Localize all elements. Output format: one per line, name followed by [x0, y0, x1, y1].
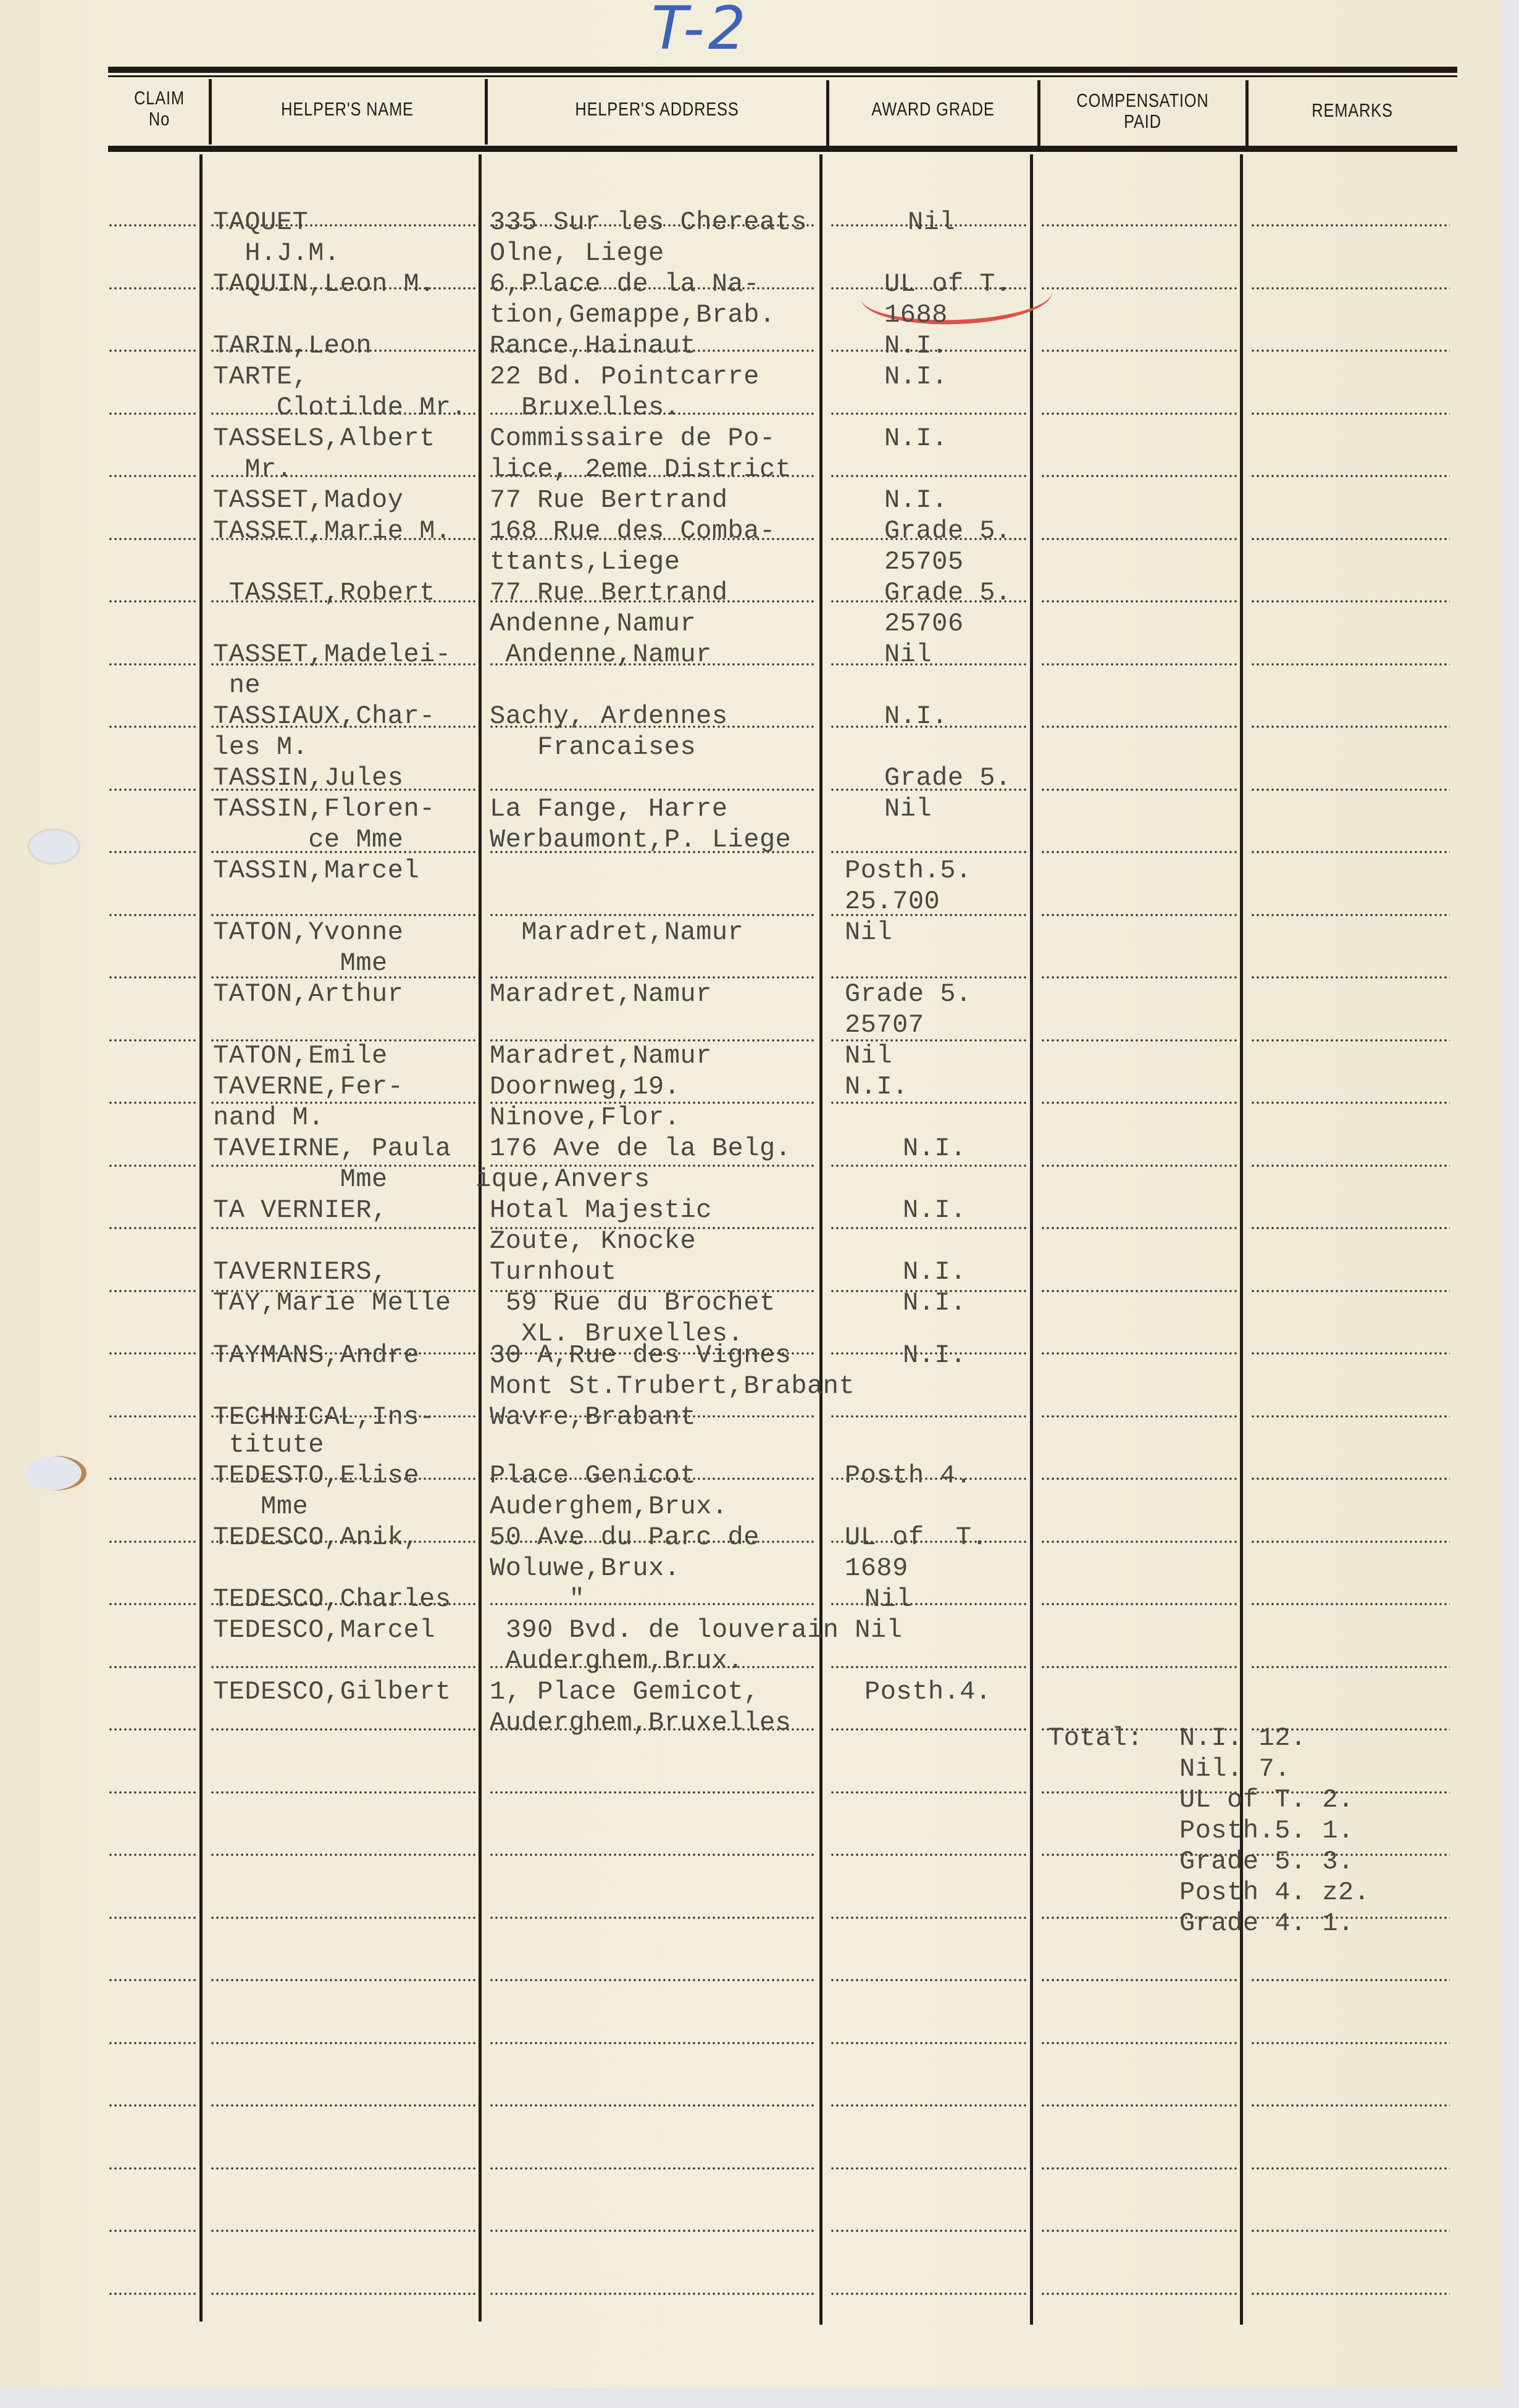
helper-name-text: TATON,Emile [213, 1040, 388, 1071]
helper-name-text: Mme [213, 1491, 308, 1522]
award-grade-text: Grade 5. [884, 516, 1011, 546]
helper-address-text: Place Genicot [490, 1460, 696, 1491]
totals-item-count: 2. [1322, 1785, 1354, 1815]
dotted-line [1250, 1102, 1450, 1104]
dotted-line [108, 1728, 196, 1731]
totals-item-label: Nil. [1179, 1754, 1259, 1784]
totals-item-count: 12. [1259, 1723, 1307, 1753]
dotted-line [108, 412, 196, 415]
column-divider-award-compensation [1030, 154, 1033, 2325]
dotted-line [210, 1728, 475, 1731]
dotted-line [108, 2167, 196, 2170]
dotted-line [108, 1102, 196, 1104]
header-divider [826, 80, 829, 146]
dotted-line [1250, 1415, 1450, 1418]
dotted-line [830, 1854, 1027, 1856]
dotted-line [830, 2104, 1027, 2107]
dotted-line [108, 2104, 196, 2107]
dotted-line [1250, 1290, 1450, 1292]
dotted-line [489, 1791, 816, 1794]
dotted-line [1250, 663, 1450, 666]
dotted-line [1040, 851, 1237, 853]
dotted-line [1040, 538, 1237, 540]
totals-item: N.I. 12. [1179, 1723, 1307, 1754]
column-divider-claim-name [199, 154, 203, 2322]
dotted-line [108, 851, 196, 853]
dotted-line [108, 1227, 196, 1229]
totals-item-count: 1. [1322, 1816, 1354, 1846]
dotted-line [1040, 1603, 1237, 1605]
column-header-remarks: REMARKS [1266, 100, 1439, 121]
award-grade-text: Nil [884, 793, 932, 824]
dotted-line [108, 475, 196, 477]
dotted-line [1040, 1352, 1237, 1355]
dotted-line [108, 1979, 196, 1981]
dotted-line [1040, 725, 1237, 728]
header-top-thick-rule [108, 67, 1457, 73]
helper-address-text: Ninove,Flor. [490, 1102, 680, 1133]
dotted-line [1250, 1541, 1450, 1543]
dotted-line [1040, 349, 1237, 352]
dotted-line [1250, 851, 1450, 853]
dotted-line [1040, 600, 1237, 603]
helper-name-text: Mme [213, 1164, 388, 1195]
dotted-line [1250, 1603, 1450, 1605]
column-header-compensation-paid: COMPENSATION PAID [1058, 90, 1227, 132]
column-divider-compensation-remarks [1240, 154, 1243, 2325]
helper-address-text: 335 Sur les Chereats [490, 207, 807, 238]
helper-name-text: TA VERNIER, [213, 1195, 388, 1226]
helper-address-text: Mont St.Trubert,Brabant [490, 1371, 855, 1402]
dotted-line [108, 349, 196, 352]
helper-name-text: ne [213, 670, 261, 701]
dotted-line [1040, 2293, 1237, 2295]
dotted-line [830, 2042, 1027, 2044]
page-label-handwritten: T-2 [651, 0, 750, 63]
helper-address-text: lice, 2eme District [490, 454, 791, 485]
award-grade-text: N.I. [845, 1071, 908, 1102]
dotted-line [830, 1917, 1027, 1919]
helper-name-text: TEDESCO,Gilbert [213, 1676, 451, 1707]
totals-item-label: N.I. [1179, 1723, 1259, 1753]
document-page: T-2 CLAIM No HELPER'S NAME HELPER'S ADDR… [0, 0, 1500, 2388]
totals-item: UL of T. 2. [1179, 1784, 1354, 1815]
dotted-line [108, 788, 196, 791]
totals-item: Nil. 7. [1179, 1754, 1291, 1784]
totals-item-count: 1. [1322, 1908, 1354, 1938]
dotted-line [1040, 412, 1237, 415]
dotted-line [1250, 788, 1450, 791]
helper-name-text: Mme [213, 948, 388, 979]
award-grade-text: Nil [884, 639, 932, 670]
dotted-line [210, 2042, 475, 2044]
totals-item: Grade 4. 1. [1179, 1908, 1354, 1939]
helper-name-text: Clotilde Mr. [213, 392, 467, 423]
dotted-line [108, 2293, 196, 2295]
dotted-line [1040, 663, 1237, 666]
award-grade-text: Posth 4. [845, 1460, 972, 1491]
dotted-line [108, 2042, 196, 2044]
dotted-line [1040, 1415, 1237, 1418]
dotted-line [1040, 2104, 1237, 2107]
dotted-line [1040, 287, 1237, 290]
dotted-line [210, 2293, 475, 2295]
dotted-line [108, 976, 196, 979]
totals-item: Grade 5. 3. [1179, 1846, 1354, 1877]
award-grade-text: 25707 [845, 1010, 924, 1040]
dotted-line [489, 2167, 816, 2170]
award-grade-text: N.I. [884, 330, 948, 361]
dotted-line [1040, 1478, 1237, 1480]
dotted-line [1040, 2230, 1237, 2232]
dotted-line [1250, 412, 1450, 415]
dotted-line [1250, 1164, 1450, 1167]
helper-address-text: Maradret,Namur [490, 1040, 712, 1071]
dotted-line [1250, 914, 1450, 916]
dotted-line [108, 1352, 196, 1355]
dotted-line [830, 2230, 1027, 2232]
award-grade-text: 25706 [884, 608, 964, 639]
column-divider-name-address [479, 154, 482, 2322]
dotted-line [1040, 914, 1237, 916]
helper-address-text: Werbaumont,P. Liege [490, 824, 791, 855]
helper-name-text: TEDESCO,Charles [213, 1584, 451, 1615]
totals-item-label: UL of T. [1179, 1785, 1322, 1815]
helper-address-text: 168 Rue des Comba- [490, 516, 776, 546]
dotted-line [1250, 600, 1450, 603]
dotted-line [210, 2230, 475, 2232]
dotted-line [1250, 1979, 1450, 1981]
helper-name-text: TARTE, [213, 361, 308, 392]
helper-address-text: 176 Ave de la Belg. [490, 1133, 791, 1164]
award-grade-text: Grade 5. [884, 763, 1011, 793]
helper-name-text: TATON,Arthur [213, 979, 403, 1010]
award-grade-text: Posth.5. [845, 855, 972, 886]
dotted-line [210, 2104, 475, 2107]
dotted-line [108, 1164, 196, 1167]
dotted-line [1250, 2293, 1450, 2295]
header-divider [485, 79, 488, 144]
helper-address-text: Woluwe,Brux. [490, 1553, 680, 1584]
helper-address-text: Auderghem,Brux. [490, 1491, 728, 1522]
helper-address-text: 77 Rue Bertrand [490, 485, 728, 516]
totals-item-label: Grade 5. [1179, 1847, 1322, 1876]
award-grade-text: Nil [845, 1040, 892, 1071]
dotted-line [830, 2167, 1027, 2170]
helper-address-text: 22 Bd. Pointcarre [490, 361, 759, 392]
award-grade-text: N.I. [884, 361, 948, 392]
dotted-line [830, 1227, 1027, 1229]
award-grade-text: N.I. [884, 485, 948, 516]
dotted-line [108, 1290, 196, 1292]
helper-name-text: TARIN,Leon [213, 330, 372, 361]
dotted-line [108, 1917, 196, 1919]
dotted-line [1040, 1290, 1237, 1292]
helper-address-text: ttants,Liege [490, 546, 680, 577]
helper-address-text: Zoute, Knocke [490, 1226, 696, 1256]
dotted-line [830, 1415, 1027, 1418]
dotted-line [1250, 287, 1450, 290]
header-divider [1245, 80, 1249, 146]
award-grade-text: Grade 5. [884, 577, 1011, 608]
helper-name-text: TASSELS,Albert [213, 423, 435, 454]
helper-address-text: Sachy, Ardennes [490, 701, 728, 732]
dotted-line [1040, 224, 1237, 227]
dotted-line [830, 1666, 1027, 1668]
helper-name-text: TAQUIN,Leon M. [213, 269, 435, 299]
dotted-line [1250, 725, 1450, 728]
totals-item: Posth.5. 1. [1179, 1815, 1354, 1846]
helper-name-text: TAQUET [213, 207, 308, 238]
helper-name-text: TASSET,Madelei- [213, 639, 451, 670]
helper-name-text: TASSIAUX,Char- [213, 701, 435, 732]
dotted-line [108, 1039, 196, 1042]
dotted-line [489, 2230, 816, 2232]
column-header-claim-no: CLAIM No [119, 88, 199, 130]
dotted-line [108, 1666, 196, 1668]
dotted-line [210, 1666, 475, 1668]
dotted-line [1250, 2167, 1450, 2170]
dotted-line [1250, 475, 1450, 477]
helper-name-text: TASSET,Robert [213, 577, 435, 608]
dotted-line [830, 1728, 1027, 1731]
dotted-line [210, 914, 475, 916]
helper-name-text: Mr. [213, 454, 293, 485]
totals-item-label: Posth.5. [1179, 1816, 1322, 1846]
award-grade-text: N.I. [884, 701, 948, 732]
helper-name-text: TAVERNIERS, [213, 1256, 388, 1287]
dotted-line [1040, 1039, 1237, 1042]
dotted-line [108, 1478, 196, 1480]
dotted-line [489, 1979, 816, 1981]
dotted-line [108, 1603, 196, 1605]
award-grade-text: Posth.4. [864, 1676, 992, 1707]
helper-address-text: 6,Place de la Na- [490, 269, 759, 299]
totals-item-count: z2. [1322, 1878, 1370, 1907]
helper-address-text: Andenne,Namur [490, 608, 696, 639]
helper-address-text: Commissaire de Po- [490, 423, 776, 454]
totals-item: Posth 4. z2. [1179, 1877, 1370, 1908]
dotted-line [1040, 1541, 1237, 1543]
dotted-line [108, 287, 196, 290]
award-grade-text: N.I. [903, 1256, 966, 1287]
dotted-line [210, 1917, 475, 1919]
helper-address-text: 1, Place Gemicot, [490, 1676, 759, 1707]
helper-name-text: titute [213, 1429, 324, 1460]
award-grade-text: 25705 [884, 546, 964, 577]
dotted-line [830, 1791, 1027, 1794]
helper-address-text: Auderghem,Brux. [490, 1645, 743, 1676]
award-grade-text: UL of T. [884, 269, 1011, 299]
helper-name-text: TASSIN,Floren- [213, 793, 435, 824]
helper-name-text: TEDESCO,Anik, [213, 1522, 419, 1553]
dotted-line [108, 1541, 196, 1543]
dotted-line [830, 412, 1027, 415]
column-header-helper-address: HELPER'S ADDRESS [518, 99, 795, 120]
helper-address-text: 390 Bvd. de louverain Nil [490, 1615, 902, 1645]
dotted-line [1250, 2042, 1450, 2044]
dotted-line [1040, 2167, 1237, 2170]
helper-name-text: TEDESTO,Elise [213, 1460, 419, 1491]
helper-name-text: TASSET,Marie M. [213, 516, 451, 546]
helper-name-text: nand M. [213, 1102, 324, 1133]
dotted-line [1040, 1979, 1237, 1981]
header-divider [1037, 80, 1040, 146]
helper-address-text: Andenne,Namur [490, 639, 712, 670]
helper-address-text: 50 Ave du Parc de [490, 1522, 759, 1553]
dotted-line [108, 1415, 196, 1418]
totals-item-label: Posth 4. [1179, 1878, 1322, 1907]
dotted-line [1040, 2042, 1237, 2044]
dotted-line [489, 788, 816, 791]
column-header-award-grade: AWARD GRADE [847, 99, 1018, 120]
award-grade-text: Nil [864, 1584, 912, 1615]
dotted-line [830, 2293, 1027, 2295]
helper-name-text: TAY,Marie Melle [213, 1287, 451, 1318]
award-grade-text: N.I. [903, 1287, 966, 1318]
dotted-line [1250, 538, 1450, 540]
award-grade-text: Nil [908, 207, 955, 238]
dotted-line [830, 475, 1027, 477]
award-grade-text: 1688 [884, 299, 948, 330]
dotted-line [830, 1979, 1027, 1981]
helper-address-text: 59 Rue du Brochet [490, 1287, 776, 1318]
helper-name-text: TAYMANS,Andre [213, 1340, 419, 1371]
dotted-line [830, 1164, 1027, 1167]
dotted-line [210, 2167, 475, 2170]
helper-address-text: Bruxelles. [490, 392, 680, 423]
dotted-line [1250, 1352, 1450, 1355]
dotted-line [489, 2104, 816, 2107]
dotted-line [108, 2230, 196, 2232]
dotted-line [489, 2042, 816, 2044]
dotted-line [1040, 1666, 1237, 1668]
dotted-line [108, 1791, 196, 1794]
header-top-thin-rule [108, 75, 1457, 77]
award-grade-text: UL of T. [845, 1522, 987, 1553]
dotted-line [1250, 224, 1450, 227]
helper-address-text: Hotal Majestic [490, 1195, 712, 1226]
helper-name-text: TATON,Yvonne [213, 917, 403, 948]
totals-label: Total: [1048, 1723, 1143, 1754]
helper-address-text: Maradret,Namur [490, 979, 712, 1010]
column-header-helper-name: HELPER'S NAME [235, 99, 460, 120]
dotted-line [1040, 475, 1237, 477]
helper-address-text: ique,Anvers [475, 1164, 650, 1195]
helper-name-text: TASSIN,Marcel [213, 855, 419, 886]
dotted-line [210, 1979, 475, 1981]
dotted-line [1040, 788, 1237, 791]
helper-name-text: TASSET,Madoy [213, 485, 403, 516]
dotted-line [489, 1917, 816, 1919]
punch-hole-bottom [25, 1456, 86, 1490]
dotted-line [1250, 349, 1450, 352]
helper-name-text: ce Mme [213, 824, 403, 855]
award-grade-text: N.I. [903, 1340, 966, 1371]
dotted-line [1040, 1164, 1237, 1167]
award-grade-text: 1689 [845, 1553, 908, 1584]
dotted-line [210, 1854, 475, 1856]
dotted-line [830, 851, 1027, 853]
dotted-line [108, 914, 196, 916]
helper-name-text: TECHNICAL,Ins- [213, 1402, 435, 1432]
dotted-line [1250, 1666, 1450, 1668]
helper-name-text: H.J.M. [213, 238, 340, 269]
award-grade-text: N.I. [884, 423, 948, 454]
dotted-line [489, 2293, 816, 2295]
dotted-line [1040, 976, 1237, 979]
helper-address-text: Doornweg,19. [490, 1071, 680, 1102]
helper-address-text: " [490, 1584, 585, 1615]
dotted-line [108, 725, 196, 728]
dotted-line [830, 1603, 1027, 1605]
dotted-line [1040, 1227, 1237, 1229]
dotted-line [1250, 2104, 1450, 2107]
award-grade-text: Nil [845, 917, 892, 948]
helper-address-text: La Fange, Harre [490, 793, 728, 824]
award-grade-text: Grade 5. [845, 979, 972, 1010]
helper-address-text: Francaises [490, 732, 696, 763]
helper-name-text: TASSIN,Jules [213, 763, 403, 793]
helper-address-text: Olne, Liege [490, 238, 664, 269]
award-grade-text: N.I. [903, 1133, 966, 1164]
helper-address-text: Turnhout [490, 1256, 617, 1287]
helper-address-text: Rance,Hainaut [490, 330, 696, 361]
award-grade-text: 25.700 [845, 886, 940, 917]
totals-item-count: 7. [1259, 1754, 1291, 1784]
helper-address-text: 30 A,Rue des Vignes [490, 1340, 791, 1371]
helper-address-text: 77 Rue Bertrand [490, 577, 728, 608]
helper-address-text: tion,Gemappe,Brab. [490, 299, 776, 330]
award-grade-text: N.I. [903, 1195, 966, 1226]
dotted-line [108, 600, 196, 603]
dotted-line [1040, 1102, 1237, 1104]
totals-item-count: 3. [1322, 1847, 1354, 1876]
helper-name-text: TAVEIRNE, Paula [213, 1133, 451, 1164]
helper-address-text: Auderghem,Bruxelles [490, 1707, 791, 1738]
dotted-line [1250, 2230, 1450, 2232]
dotted-line [210, 1791, 475, 1794]
dotted-line [489, 914, 816, 916]
dotted-line [108, 1854, 196, 1856]
helper-name-text: les M. [213, 732, 308, 763]
dotted-line [1250, 1227, 1450, 1229]
totals-item-label: Grade 4. [1179, 1908, 1322, 1938]
dotted-line [489, 1854, 816, 1856]
dotted-line [108, 663, 196, 666]
helper-address-text: Wavre,Brabant [490, 1402, 696, 1432]
dotted-line [1250, 1478, 1450, 1480]
column-divider-address-award [819, 154, 822, 2325]
header-divider [209, 79, 212, 144]
helper-name-text: TAVERNE,Fer- [213, 1071, 403, 1102]
helper-name-text: TEDESCO,Marcel [213, 1615, 435, 1645]
dotted-line [108, 538, 196, 540]
header-bottom-thick-rule [108, 146, 1457, 152]
dotted-line [108, 224, 196, 227]
dotted-line [1250, 1039, 1450, 1042]
dotted-line [210, 1227, 475, 1229]
dotted-line [1250, 976, 1450, 979]
punch-hole-top [28, 829, 80, 864]
helper-address-text: Maradret,Namur [490, 917, 743, 948]
